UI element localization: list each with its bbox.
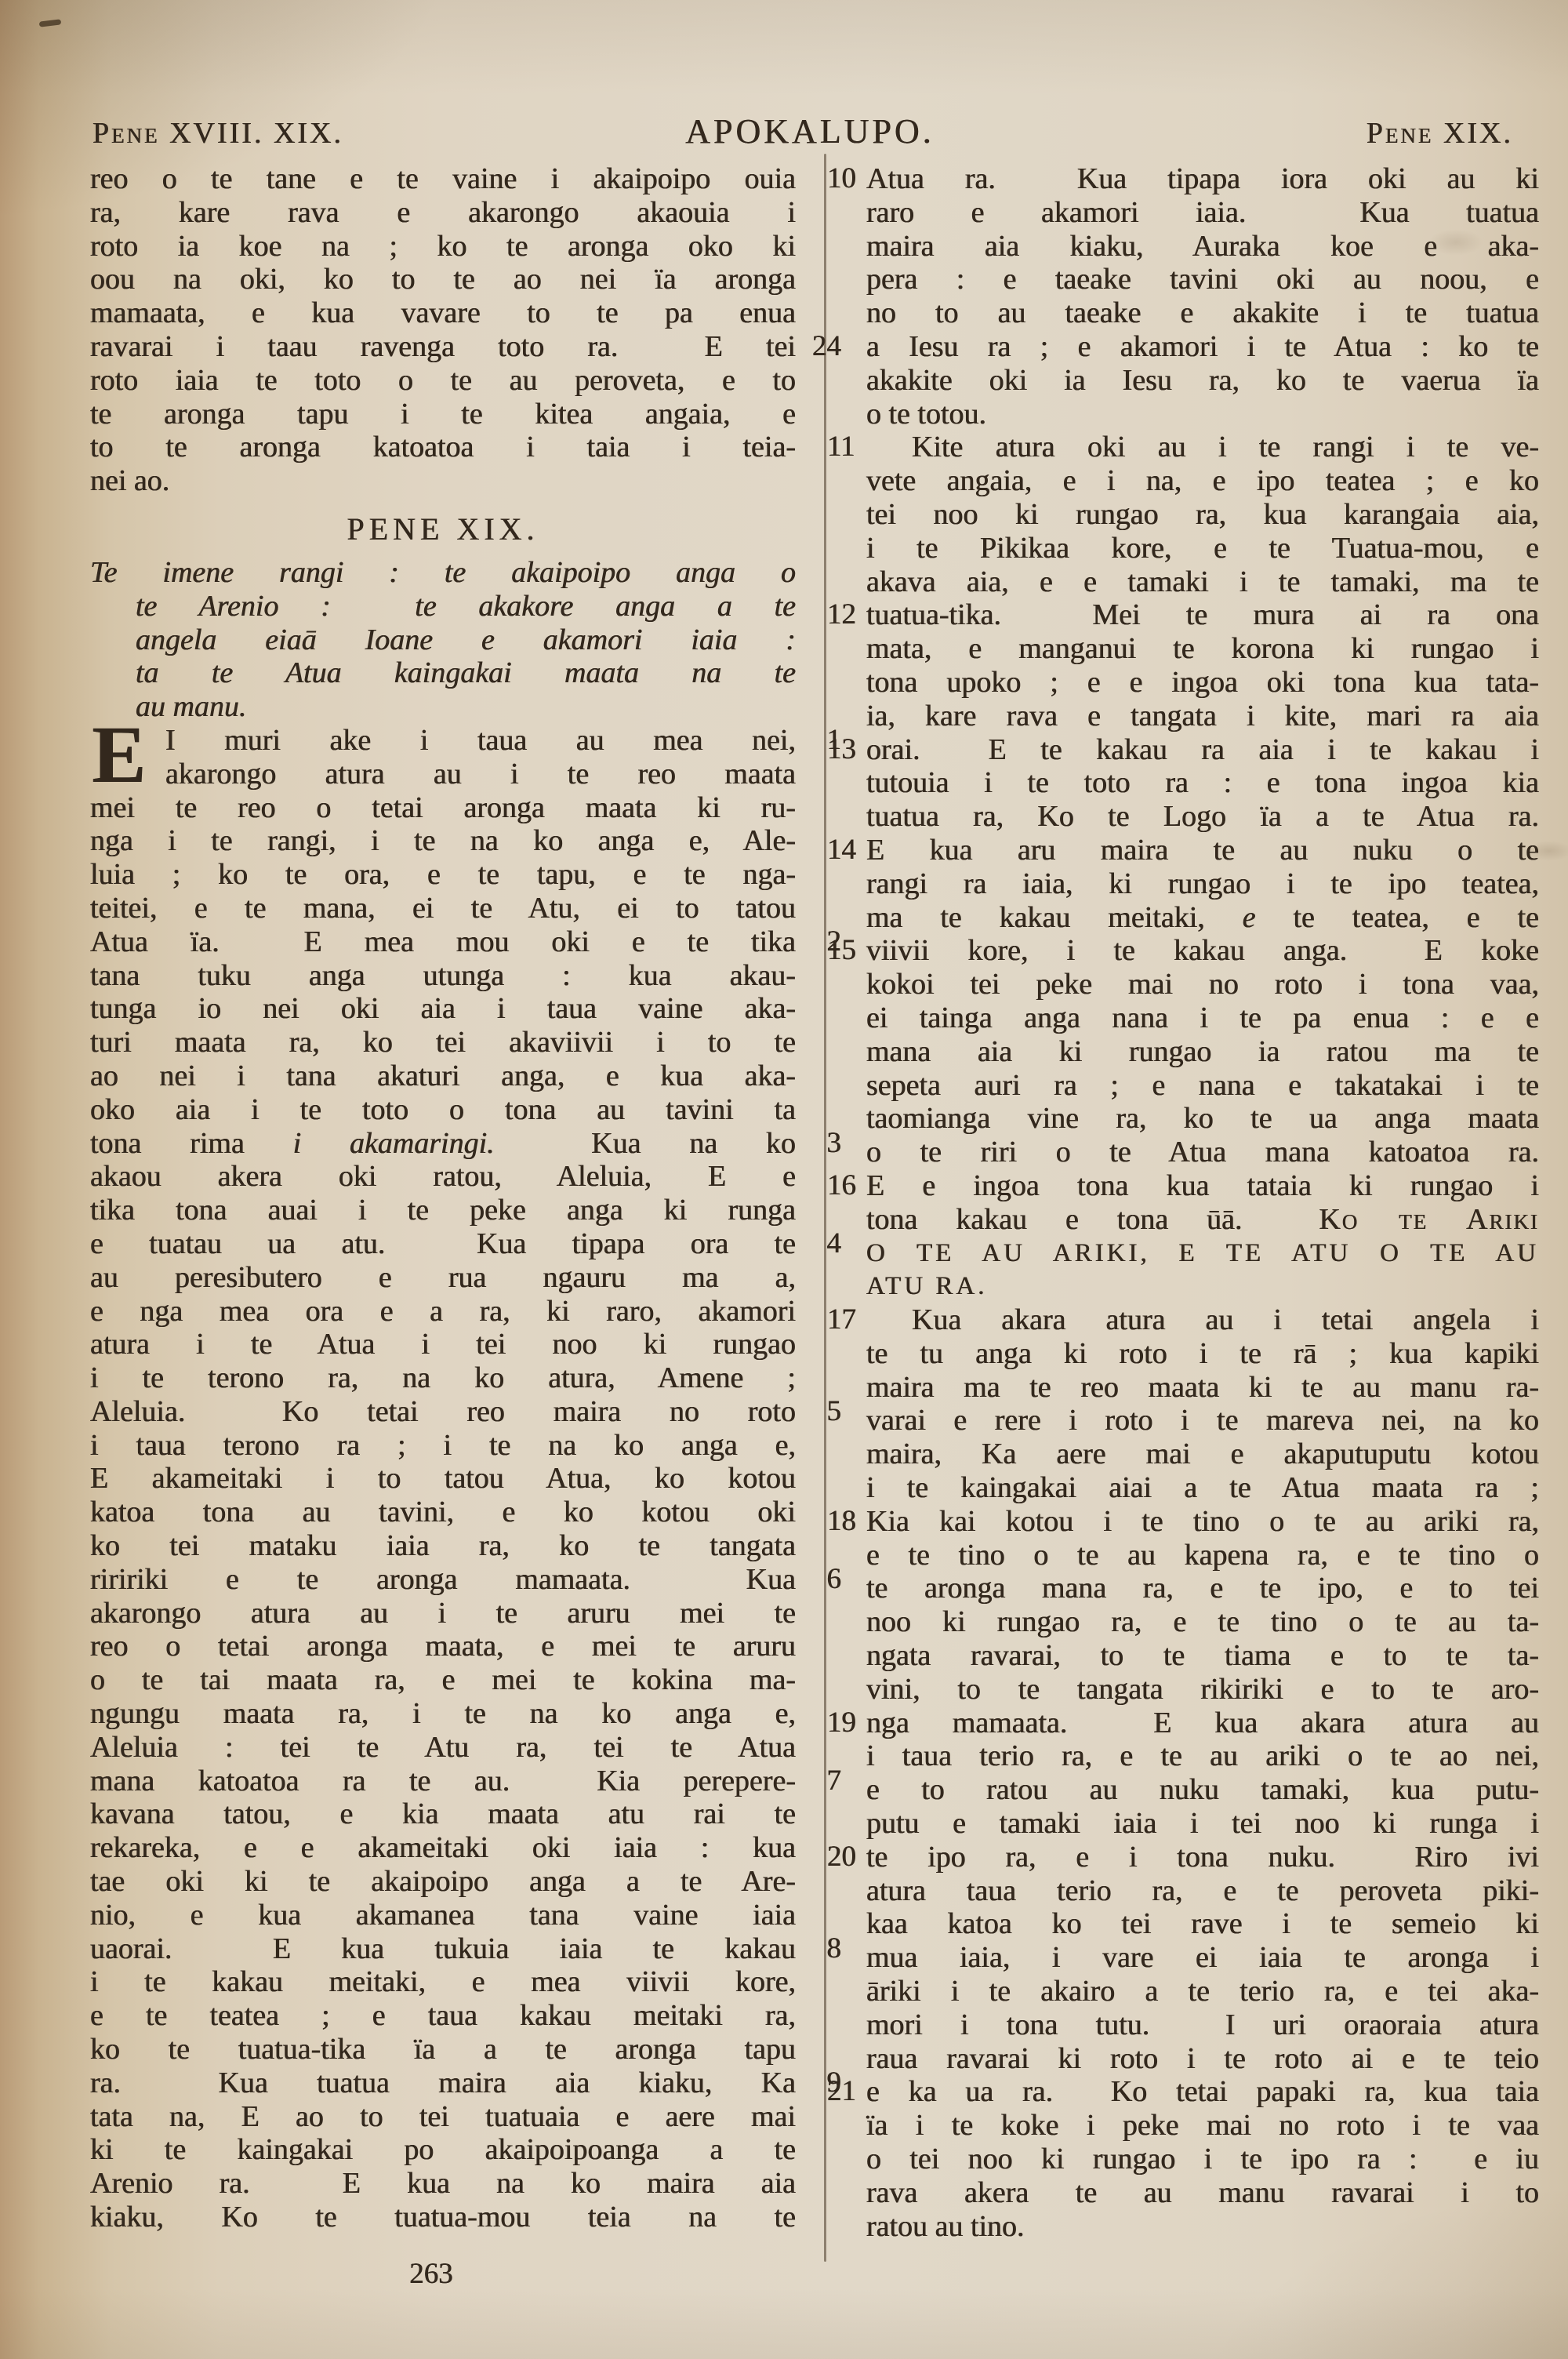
text-line: orai. E te kakau ra aia i te kakau i13 <box>866 733 1539 767</box>
text-line: no to au taeake e akakite i te tuatua <box>866 296 1539 330</box>
text-line: kiaku, Ko te tuatua-mou teia na te <box>90 2201 796 2234</box>
text-line: i te Pikikaa kore, e te Tuatua-mou, e <box>866 532 1539 565</box>
text-line: i te terono ra, na ko atura, Amene ; <box>90 1361 796 1395</box>
text-line: mori i tona tutu. I uri oraoraia atura <box>866 2008 1539 2042</box>
text-line: e to ratou au nuku tamaki, kua putu- <box>866 1773 1539 1807</box>
text-line: putu e tamaki iaia i tei noo ki runga i <box>866 1807 1539 1841</box>
text-line: au peresibutero e rua ngauru ma a, <box>90 1261 796 1295</box>
text-line: Aleluia : tei te Atu ra, tei te Atua <box>90 1731 796 1765</box>
text-line: i taua terio ra, e te au ariki o te ao n… <box>866 1739 1539 1773</box>
book-page: Pene XVIII. XIX. APOKALUPO. Pene XIX. re… <box>0 0 1568 2359</box>
text-line: ki te kaingakai po akaipoipoanga a te <box>90 2133 796 2167</box>
text-line: ATU RA. <box>866 1270 1539 1303</box>
text-line: ko tei mataku iaia ra, ko te tangata <box>90 1529 796 1563</box>
text-line: Kia kai kotou i te tino o te au ariki ra… <box>866 1505 1539 1539</box>
text-line: tona kakau e tona ūā. Ko te Ariki <box>866 1203 1539 1237</box>
text-line: tae oki ki te akaipoipo anga a te Are- <box>90 1865 796 1899</box>
text-line: Kite atura oki au i te rangi i te ve-11 <box>866 431 1539 464</box>
text-line: tunga io nei oki aia i taua vaine aka- <box>90 992 796 1026</box>
text-line: roto iaia te toto o te au peroveta, e to <box>90 364 796 398</box>
text-line: vini, to te tangata rikiriki e to te aro… <box>866 1673 1539 1707</box>
text-line: ia, kare rava e tangata i kite, mari ra … <box>866 700 1539 733</box>
text-line: mata, e manganui te korona ki rungao i <box>866 632 1539 666</box>
text-line: i te kakau meitaki, e mea viivii kore, <box>90 1965 796 1999</box>
verse-number: 14 <box>827 834 856 867</box>
verse-number: 8 <box>827 1932 842 1966</box>
text-line: tona upoko ; e e ingoa oki tona kua tata… <box>866 666 1539 700</box>
text-line: ïa i te koke i peke mai no roto i te vaa <box>866 2109 1539 2143</box>
text-segment: te teatea, e te <box>1256 901 1539 934</box>
text-line: E kua aru maira te au nuku o te14 <box>866 834 1539 867</box>
text-line: Arenio ra. E kua na ko maira aia <box>90 2167 796 2201</box>
text-line: Te imene rangi : te akaipoipo anga o <box>90 556 796 590</box>
text-line: ta te Atua kaingakai maata na te <box>90 656 796 690</box>
text-line: ao nei i tana akaturi anga, e kua aka- <box>90 1060 796 1093</box>
text-line: ngata ravarai, to te tiama e to te ta- <box>866 1639 1539 1673</box>
text-segment: tona kakau e tona ūā. <box>866 1203 1319 1236</box>
text-line: tata na, E ao to tei tuatuaia e aere mai <box>90 2100 796 2134</box>
text-line: kokoi tei peke mai no roto i tona vaa, <box>866 968 1539 1001</box>
verse-number: 3 <box>827 1127 842 1161</box>
text-line: o tei noo ki rungao i te ipo ra : e iu <box>866 2143 1539 2176</box>
running-head-right: Pene XIX. <box>1367 116 1513 151</box>
scan-blemish <box>39 19 62 27</box>
text-line: O TE AU ARIKI, E TE ATU O TE AU <box>866 1237 1539 1270</box>
text-line: Aleluia. Ko tetai reo maira no roto5 <box>90 1395 796 1429</box>
text-line: ra. Kua tuatua maira aia kiaku, Ka9 <box>90 2066 796 2100</box>
text-line: tuatua ra, Ko te Logo ïa a te Atua ra. <box>866 800 1539 834</box>
text-line: te tu anga ki roto i te rā ; kua kapiki <box>866 1337 1539 1371</box>
text-line: viivii kore, i te kakau anga. E koke15 <box>866 934 1539 968</box>
text-line: tana tuku anga utunga : kua akau- <box>90 959 796 993</box>
text-line: tika tona auai i te peke anga ki runga <box>90 1194 796 1227</box>
text-line: akaou akera oki ratou, Aleluia, E e <box>90 1160 796 1194</box>
verse-number: 17 <box>827 1303 856 1337</box>
text-segment: Kua na ko <box>495 1127 796 1160</box>
text-line: te ipo ra, e i tona nuku. Riro ivi20 <box>866 1841 1539 1874</box>
text-line: roto ia koe na ; ko te aronga oko ki <box>90 230 796 264</box>
text-line: riririki e te aronga mamaata. Kua6 <box>90 1563 796 1597</box>
column-divider-rule <box>824 154 826 2262</box>
text-line: mamaata, e kua vavare to te pa enua <box>90 296 796 330</box>
text-line: raro e akamori iaia. Kua tuatua <box>866 196 1539 230</box>
text-line: akarongo atura au i te reo maata <box>90 758 796 791</box>
text-line: sepeta auri ra ; e nana e takatakai i te <box>866 1069 1539 1103</box>
text-line: ko te tuatua-tika ïa a te aronga tapu <box>90 2033 796 2066</box>
text-line: ra, kare rava e akarongo akaouia i <box>90 196 796 230</box>
text-line: ma te kakau meitaki, e te teatea, e te <box>866 901 1539 935</box>
text-line: e te teatea ; e taua kakau meitaki ra, <box>90 1999 796 2033</box>
text-line: nei ao. <box>90 464 796 498</box>
text-line: katoa tona au tavini, e ko kotou oki <box>90 1496 796 1529</box>
verse-number: 19 <box>827 1707 856 1740</box>
verse-number: 4 <box>827 1227 842 1261</box>
text-line: akava aia, e e tamaki i te tamaki, ma te <box>866 565 1539 599</box>
scan-blemish <box>1428 229 1483 256</box>
verse-number: 16 <box>827 1169 856 1203</box>
verse-number: 7 <box>827 1765 842 1798</box>
text-line: nio, e kua akamanea tana vaine iaia <box>90 1899 796 1932</box>
text-line: mei te reo o tetai aronga maata ki ru- <box>90 791 796 825</box>
text-line: Atua ra. Kua tipapa iora oki au ki10 <box>866 162 1539 196</box>
text-line: maira, Ka aere mai e akaputuputu kotou <box>866 1438 1539 1471</box>
text-line: nga mamaata. E kua akara atura au19 <box>866 1707 1539 1740</box>
text-line: EI muri ake i taua au mea nei,1 <box>90 724 796 758</box>
text-line: e ka ua ra. Ko tetai papaki ra, kua taia… <box>866 2075 1539 2109</box>
text-line: atura taua terio ra, e te peroveta piki- <box>866 1874 1539 1908</box>
chapter-heading: PENE XIX. <box>90 498 796 556</box>
text-line: nga i te rangi, i te na ko anga e, Ale- <box>90 824 796 858</box>
text-line: raua ravarai ki roto i te roto ai e te t… <box>866 2042 1539 2076</box>
text-line: o te tai maata ra, e mei te kokina ma- <box>90 1663 796 1697</box>
page-number: 263 <box>0 2257 862 2291</box>
text-line: Kua akara atura au i tetai angela i17 <box>866 1303 1539 1337</box>
text-line: rekareka, e e akameitaki oki iaia : kua <box>90 1831 796 1865</box>
text-line: kaa katoa ko tei rave i te semeio ki <box>866 1907 1539 1941</box>
text-line: noo ki rungao ra, e te tino o te au ta- <box>866 1605 1539 1639</box>
text-line: turi maata ra, ko tei akaviivii i to te <box>90 1026 796 1060</box>
text-line: reo o te tane e te vaine i akaipoipo oui… <box>90 162 796 196</box>
verse-number: 24 <box>812 330 841 364</box>
text-segment: e <box>1243 901 1256 934</box>
text-line: teitei, e te mana, ei te Atu, ei to tato… <box>90 892 796 925</box>
text-line: reo o tetai aronga maata, e mei te aruru <box>90 1630 796 1663</box>
verse-number: 20 <box>827 1841 856 1874</box>
text-line: te aronga tapu i te kitea angaia, e <box>90 398 796 431</box>
verse-number: 15 <box>827 934 856 968</box>
text-line: mana aia ki rungao ia ratou ma te <box>866 1035 1539 1069</box>
book-title: APOKALUPO. <box>26 111 1568 151</box>
left-column: reo o te tane e te vaine i akaipoipo oui… <box>90 162 796 2234</box>
text-line: tuatua-tika. Mei te mura ai ra ona12 <box>866 598 1539 632</box>
text-line: tei noo ki rungao ra, kua karangaia aia, <box>866 498 1539 532</box>
text-line: ratou au tino. <box>866 2210 1539 2244</box>
text-line: varai e rere i roto i te mareva nei, na … <box>866 1404 1539 1438</box>
text-line: te aronga mana ra, e te ipo, e to tei <box>866 1572 1539 1605</box>
right-column: Atua ra. Kua tipapa iora oki au ki10raro… <box>866 162 1539 2243</box>
text-line: i taua terono ra ; i te na ko anga e, <box>90 1429 796 1463</box>
text-line: ngungu maata ra, i te na ko anga e, <box>90 1697 796 1731</box>
text-segment: i akamaringi. <box>293 1127 495 1160</box>
text-line: rava akera te au manu ravarai i to <box>866 2176 1539 2210</box>
verse-number: 10 <box>827 162 856 196</box>
text-line: rangi ra iaia, ki rungao i te ipo teatea… <box>866 867 1539 901</box>
text-line: E e ingoa tona kua tataia ki rungao i16 <box>866 1169 1539 1203</box>
text-line: uaorai. E kua tukuia iaia te kakau8 <box>90 1932 796 1966</box>
text-line: kavana tatou, e kia maata atu rai te <box>90 1797 796 1831</box>
text-line: mua iaia, i vare ei iaia te aronga i <box>866 1941 1539 1975</box>
text-line: mana katoatoa ra te au. Kia perepere-7 <box>90 1765 796 1798</box>
verse-number: 18 <box>827 1505 856 1539</box>
verse-number: 12 <box>827 598 856 632</box>
text-line: a Iesu ra ; e akamori i te Atua : ko te <box>866 330 1539 364</box>
text-line: oou na oki, ko to te ao nei ïa aronga <box>90 263 796 296</box>
text-line: maira ma te reo maata ki te au manu ra- <box>866 1371 1539 1405</box>
text-line: o te totou. <box>866 398 1539 431</box>
text-line: tutouia i te toto ra : e tona ingoa kia <box>866 766 1539 800</box>
text-line: oko aia i te toto o tona au tavini ta <box>90 1093 796 1127</box>
text-line: e nga mea ora e a ra, ki raro, akamori <box>90 1295 796 1329</box>
text-line: e te tino o te au kapena ra, e te tino o <box>866 1539 1539 1572</box>
text-line: ei tainga anga nana i te pa enua : e e <box>866 1001 1539 1035</box>
text-line: akarongo atura au i te aruru mei te <box>90 1597 796 1630</box>
text-line: i te kaingakai aiai a te Atua maata ra ; <box>866 1471 1539 1505</box>
verse-number: 21 <box>827 2075 856 2109</box>
text-line: Atua ïa. E mea mou oki e te tika2 <box>90 925 796 959</box>
text-line: e tuatau ua atu. Kua tipapa ora te4 <box>90 1227 796 1261</box>
text-line: pera : e taeake tavini oki au noou, e <box>866 263 1539 296</box>
verse-number: 11 <box>827 431 855 464</box>
verse-number: 13 <box>827 733 856 767</box>
text-line: taomianga vine ra, ko te ua anga maata <box>866 1102 1539 1136</box>
text-line: atura i te Atua i tei noo ki rungao <box>90 1328 796 1361</box>
text-line: luia ; ko te ora, e te tapu, e te nga- <box>90 858 796 892</box>
text-segment: tona rima <box>90 1127 293 1160</box>
text-line: tona rima i akamaringi. Kua na ko3 <box>90 1127 796 1161</box>
text-line: o te riri o te Atua mana katoatoa ra. <box>866 1136 1539 1169</box>
text-line: āriki i te akairo a te terio ra, e tei a… <box>866 1975 1539 2008</box>
text-line: E akameitaki i to tatou Atua, ko kotou <box>90 1462 796 1496</box>
text-line: to te aronga katoatoa i taia i teia- <box>90 431 796 464</box>
running-head: Pene XVIII. XIX. APOKALUPO. Pene XIX. <box>0 116 1568 163</box>
verse-number: 6 <box>827 1563 842 1597</box>
text-line: angela eiaā Ioane e akamori iaia : <box>90 623 796 657</box>
text-line: vete angaia, e i na, e ipo teatea ; e ko <box>866 464 1539 498</box>
verse-number: 5 <box>827 1395 842 1429</box>
text-line: akakite oki ia Iesu ra, ko te vaerua ïa <box>866 364 1539 398</box>
text-segment: Ko te Ariki <box>1319 1203 1539 1236</box>
text-line: ravarai i taau ravenga toto ra. E tei24 <box>90 330 796 364</box>
text-segment: ma te kakau meitaki, <box>866 901 1243 934</box>
scan-blemish <box>1526 841 1568 861</box>
text-line: te Arenio : te akakore anga a te <box>90 590 796 623</box>
text-line: au manu. <box>90 690 796 724</box>
